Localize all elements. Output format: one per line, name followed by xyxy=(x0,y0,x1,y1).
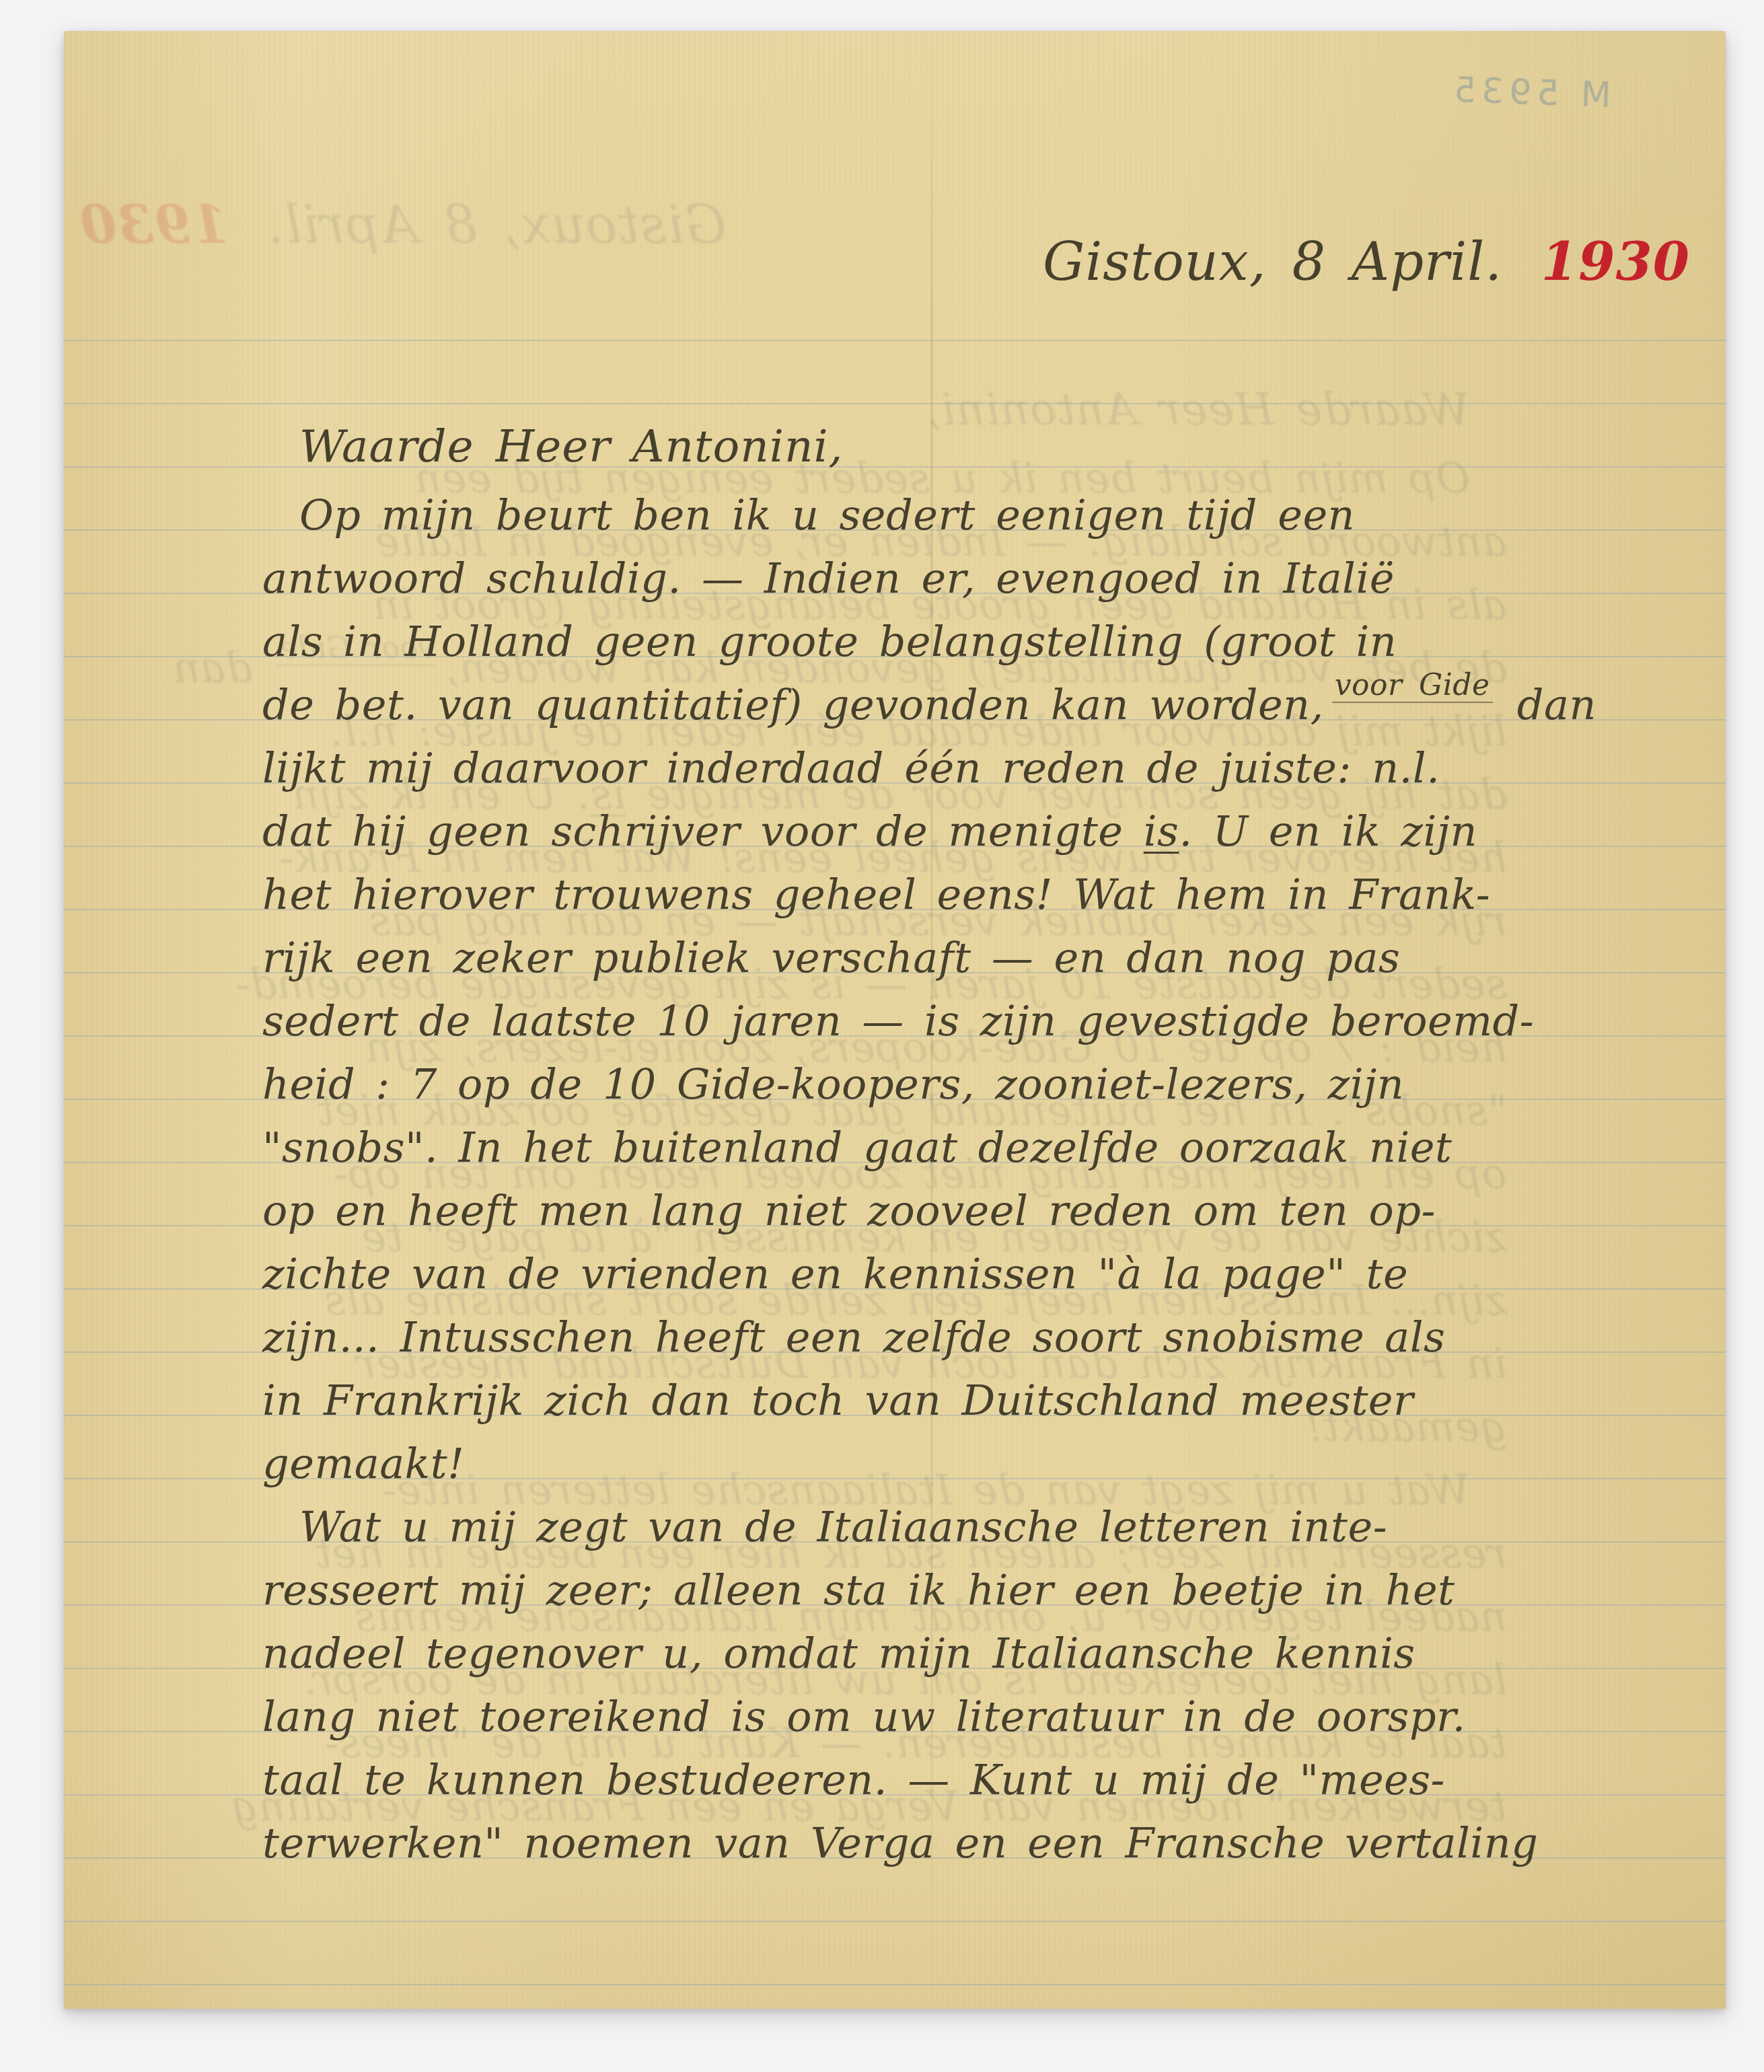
line-text: heid : 7 op de 10 Gide-koopers, zooniet-… xyxy=(262,1060,1404,1109)
underlined-word: is xyxy=(1144,807,1179,856)
letter-line: resseert mij zeer; alleen sta ik hier ee… xyxy=(262,1559,1702,1622)
line-text: zijn... Intusschen heeft een zelfde soor… xyxy=(262,1312,1445,1362)
line-text: antwoord schuldig. — Indien er, evengoed… xyxy=(262,554,1395,603)
letter-line: zijn... Intusschen heeft een zelfde soor… xyxy=(262,1306,1702,1369)
letter-line: terwerken" noemen van Verga en een Frans… xyxy=(262,1812,1702,1875)
letter-line: taal te kunnen bestudeeren. — Kunt u mij… xyxy=(262,1748,1702,1812)
letter-line: Wat u mij zegt van de Italiaansche lette… xyxy=(262,1495,1702,1559)
line-text: lijkt mij daarvoor inderdaad één reden d… xyxy=(262,743,1440,792)
line-text: taal te kunnen bestudeeren. — Kunt u mij… xyxy=(262,1755,1445,1804)
line-text: als in Holland geen groote belangstellin… xyxy=(262,617,1397,666)
line-text: Wat u mij zegt van de Italiaansche lette… xyxy=(299,1502,1387,1551)
letter-line: antwoord schuldig. — Indien er, evengoed… xyxy=(262,547,1702,610)
line-text: resseert mij zeer; alleen sta ik hier ee… xyxy=(262,1565,1455,1615)
line-text: . U en ik zijn xyxy=(1179,807,1477,856)
photo-backdrop: Gistoux, 8 April. 1930 Waarde Heer Anton… xyxy=(0,0,1764,2072)
line-text: lang niet toereikend is om uw literatuur… xyxy=(262,1692,1466,1741)
line-text: dat hij geen schrijver voor de menigte xyxy=(262,807,1144,856)
letter-line: in Frankrijk zich dan toch van Duitschla… xyxy=(262,1369,1702,1432)
letter-line: lang niet toereikend is om uw literatuur… xyxy=(262,1685,1702,1748)
interlinear-insertion: voor Gide xyxy=(1332,671,1493,703)
letter-line: gemaakt! xyxy=(262,1432,1702,1495)
line-text: Op mijn beurt ben ik u sedert eenigen ti… xyxy=(299,490,1355,540)
line-text: nadeel tegenover u, omdat mijn Italiaans… xyxy=(262,1629,1416,1678)
line-text: sedert de laatste 10 jaren — is zijn gev… xyxy=(262,996,1534,1045)
letter-line: nadeel tegenover u, omdat mijn Italiaans… xyxy=(262,1622,1702,1685)
line-text: zichte van de vrienden en kennissen "à l… xyxy=(262,1249,1408,1298)
line-text: gemaakt! xyxy=(262,1439,465,1488)
line-text: in Frankrijk zich dan toch van Duitschla… xyxy=(262,1376,1413,1425)
salutation: Waarde Heer Antonini, xyxy=(299,420,843,472)
letter-line: Op mijn beurt ben ik u sedert eenigen ti… xyxy=(262,484,1702,547)
line-text: "snobs". In het buitenland gaat dezelfde… xyxy=(262,1123,1452,1172)
line-text: terwerken" noemen van Verga en een Frans… xyxy=(262,1818,1538,1867)
letter-line: het hierover trouwens geheel eens! Wat h… xyxy=(262,863,1702,926)
letter-line: op en heeft men lang niet zooveel reden … xyxy=(262,1179,1702,1243)
line-text: op en heeft men lang niet zooveel reden … xyxy=(262,1186,1436,1235)
dateline-place-date: Gistoux, 8 April. xyxy=(1043,232,1502,293)
letter-body: Op mijn beurt ben ik u sedert eenigen ti… xyxy=(262,484,1702,1875)
line-text: rijk een zeker publiek verschaft — en da… xyxy=(262,933,1400,982)
letter-line: als in Holland geen groote belangstellin… xyxy=(262,610,1702,673)
letter-page: Gistoux, 8 April. 1930 Waarde Heer Anton… xyxy=(64,31,1726,2009)
letter-line: rijk een zeker publiek verschaft — en da… xyxy=(262,926,1702,990)
line-text: het hierover trouwens geheel eens! Wat h… xyxy=(262,870,1490,919)
line-text: dan xyxy=(1497,680,1596,729)
letter-line: sedert de laatste 10 jaren — is zijn gev… xyxy=(262,990,1702,1053)
letter-line: dat hij geen schrijver voor de menigte i… xyxy=(262,800,1702,863)
dateline: Gistoux, 8 April. 1930 xyxy=(1043,231,1690,293)
letter-line: heid : 7 op de 10 Gide-koopers, zooniet-… xyxy=(262,1053,1702,1116)
letter-line: de bet. van quantitatief) gevonden kan w… xyxy=(262,673,1702,737)
letter-line: zichte van de vrienden en kennissen "à l… xyxy=(262,1243,1702,1306)
letter-line: lijkt mij daarvoor inderdaad één reden d… xyxy=(262,737,1702,800)
dateline-year: 1930 xyxy=(1541,231,1690,293)
letter-line: "snobs". In het buitenland gaat dezelfde… xyxy=(262,1116,1702,1179)
line-text: de bet. van quantitatief) gevonden kan w… xyxy=(262,680,1324,729)
letter-content: Gistoux, 8 April. 1930 Waarde Heer Anton… xyxy=(64,31,1726,2009)
